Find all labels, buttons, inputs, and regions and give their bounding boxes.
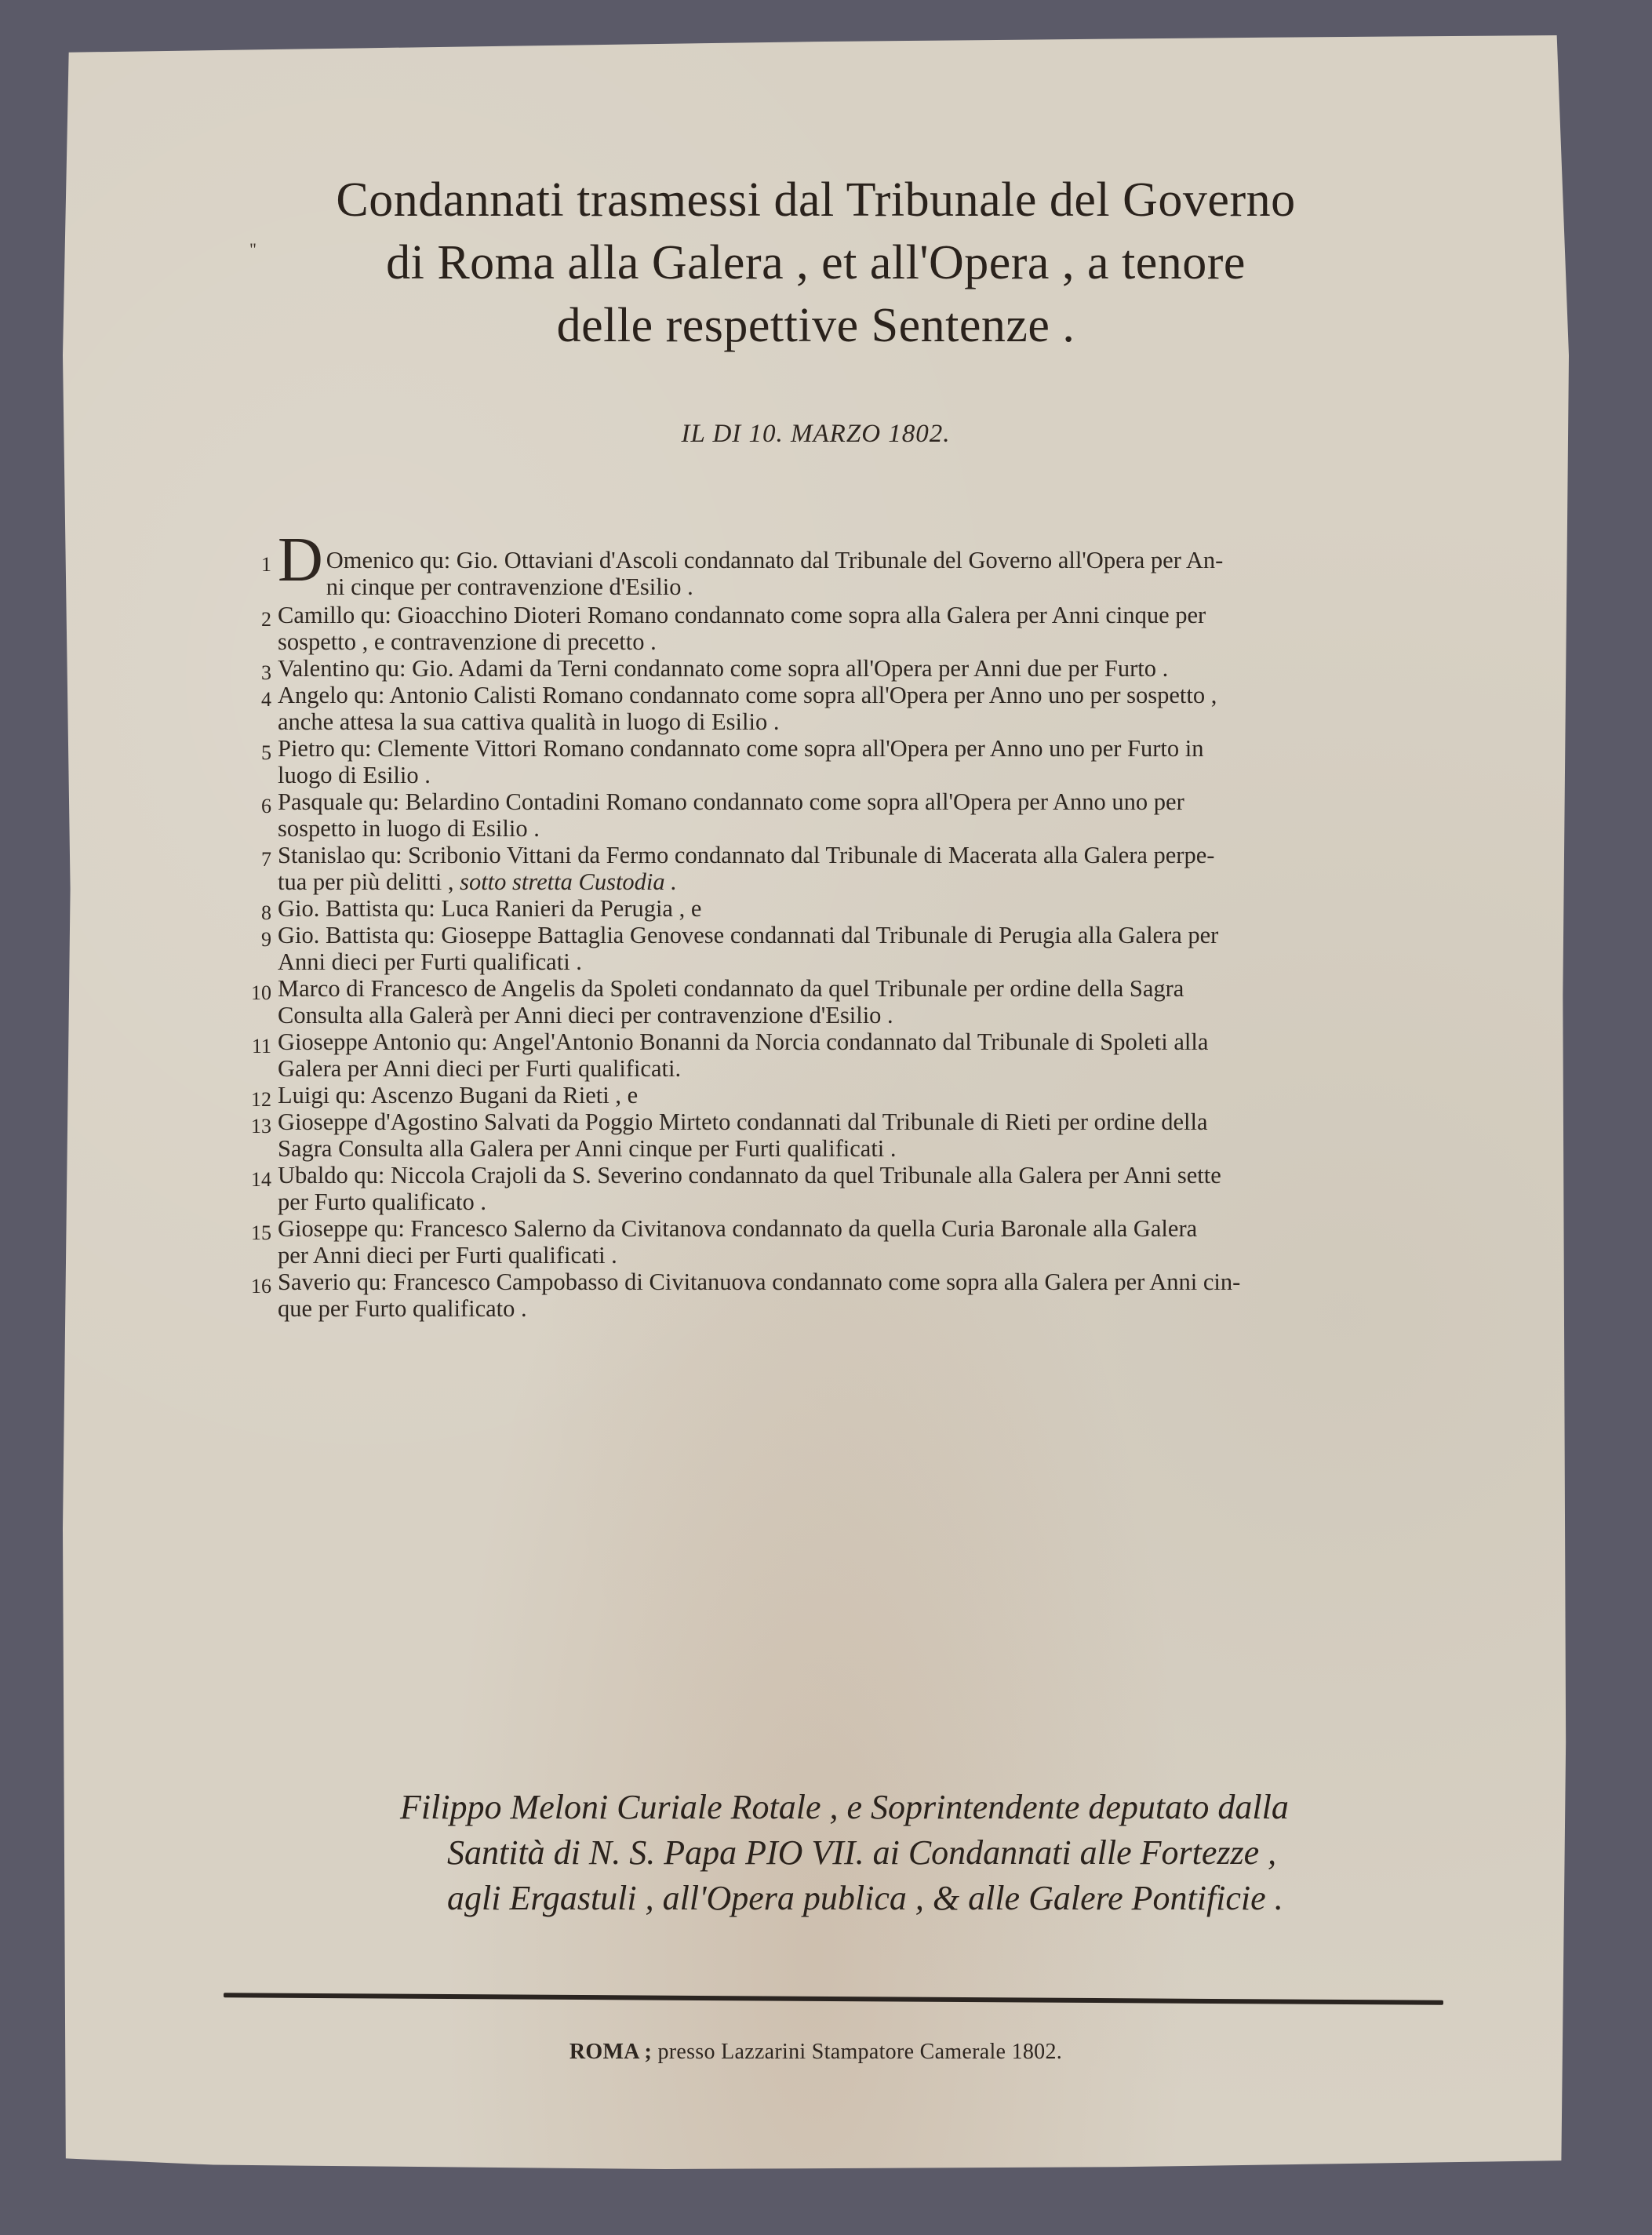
entry-text: Omenico qu: Gio. Ottaviani d'Ascoli cond… (278, 537, 1459, 573)
list-item: 8 Gio. Battista qu: Luca Ranieri da Peru… (235, 895, 1459, 922)
entry-number: 13 (235, 1113, 271, 1140)
imprint-text: presso Lazzarini Stampatore Camerale 180… (657, 2040, 1062, 2064)
entry-text: Pasquale qu: Belardino Contadini Romano … (278, 788, 1459, 815)
entry-number: 4 (235, 686, 271, 713)
entry-text: Luigi qu: Ascenzo Bugani da Rieti , e (278, 1082, 1459, 1108)
list-item: 14 Ubaldo qu: Niccola Crajoli da S. Seve… (235, 1162, 1459, 1215)
entry-text: luogo di Esilio . (278, 762, 1459, 788)
entry-text: Consulta alla Galerà per Anni dieci per … (278, 1002, 1459, 1028)
entry-text: Galera per Anni dieci per Furti qualific… (278, 1055, 1459, 1082)
entry-number: 16 (235, 1273, 271, 1300)
signature-line-3: agli Ergastuli , all'Opera publica , & a… (400, 1876, 1467, 1921)
entry-text: Gioseppe Antonio qu: Angel'Antonio Bonan… (278, 1028, 1459, 1055)
title-line-2: di Roma alla Galera , et all'Opera , a t… (63, 231, 1569, 294)
list-item: 3 Valentino qu: Gio. Adami da Terni cond… (235, 655, 1459, 682)
signature-line-1: Filippo Meloni Curiale Rotale , e Soprin… (400, 1785, 1467, 1830)
list-item: 5 Pietro qu: Clemente Vittori Romano con… (235, 735, 1459, 788)
entry-text: Valentino qu: Gio. Adami da Terni condan… (278, 655, 1459, 682)
list-item: 1 D Omenico qu: Gio. Ottaviani d'Ascoli … (235, 537, 1459, 600)
entry-text: Gio. Battista qu: Gioseppe Battaglia Gen… (278, 922, 1459, 948)
custody-note: sotto stretta Custodia . (460, 868, 677, 895)
list-item: 6 Pasquale qu: Belardino Contadini Roman… (235, 788, 1459, 842)
imprint-city: ROMA ; (569, 2040, 652, 2064)
list-item: 2 Camillo qu: Gioacchino Dioteri Romano … (235, 602, 1459, 655)
printer-imprint: ROMA ; presso Lazzarini Stampatore Camer… (63, 2040, 1569, 2065)
document-title: Condannati trasmessi dal Tribunale del G… (63, 169, 1569, 357)
entry-text: per Furto qualificato . (278, 1188, 1459, 1215)
title-line-3: delle respettive Sentenze . (63, 294, 1569, 357)
list-item: 13 Gioseppe d'Agostino Salvati da Poggio… (235, 1108, 1459, 1162)
entry-number: 9 (235, 926, 271, 953)
entry-text: ni cinque per contravenzione d'Esilio . (278, 573, 1459, 600)
list-item: 11 Gioseppe Antonio qu: Angel'Antonio Bo… (235, 1028, 1459, 1082)
list-item: 7 Stanislao qu: Scribonio Vittani da Fer… (235, 842, 1459, 895)
entry-number: 15 (235, 1220, 271, 1247)
entry-text: Stanislao qu: Scribonio Vittani da Fermo… (278, 842, 1459, 868)
entry-number: 11 (235, 1033, 271, 1060)
entry-number: 10 (235, 980, 271, 1006)
entry-text: anche attesa la sua cattiva qualità in l… (278, 708, 1459, 735)
entry-text: tua per più delitti , (278, 868, 460, 895)
list-item: 10 Marco di Francesco de Angelis da Spol… (235, 975, 1459, 1028)
entry-text: Angelo qu: Antonio Calisti Romano condan… (278, 682, 1459, 708)
entry-text: que per Furto qualificato . (278, 1295, 1459, 1322)
entry-text: per Anni dieci per Furti qualificati . (278, 1242, 1459, 1269)
convict-list: 1 D Omenico qu: Gio. Ottaviani d'Ascoli … (235, 537, 1459, 1322)
entry-text: sospetto in luogo di Esilio . (278, 815, 1459, 842)
entry-text: sospetto , e contravenzione di precetto … (278, 628, 1459, 655)
entry-number: 14 (235, 1167, 271, 1193)
entry-number: 7 (235, 846, 271, 873)
title-line-1: Condannati trasmessi dal Tribunale del G… (63, 169, 1569, 231)
list-item: 4 Angelo qu: Antonio Calisti Romano cond… (235, 682, 1459, 735)
entry-text: Camillo qu: Gioacchino Dioteri Romano co… (278, 602, 1459, 628)
horizontal-rule (224, 1993, 1443, 2004)
entry-number: 2 (235, 606, 271, 633)
entry-text: Marco di Francesco de Angelis da Spoleti… (278, 975, 1459, 1002)
signature-line-2: Santità di N. S. Papa PIO VII. ai Condan… (400, 1830, 1467, 1876)
entry-text: Ubaldo qu: Niccola Crajoli da S. Severin… (278, 1162, 1459, 1188)
entry-text: Sagra Consulta alla Galera per Anni cinq… (278, 1135, 1459, 1162)
entry-number: 1 (235, 551, 271, 578)
drop-cap: D (278, 536, 323, 584)
entry-text: Gioseppe qu: Francesco Salerno da Civita… (278, 1215, 1459, 1242)
list-item: 9 Gio. Battista qu: Gioseppe Battaglia G… (235, 922, 1459, 975)
list-item: 15 Gioseppe qu: Francesco Salerno da Civ… (235, 1215, 1459, 1269)
list-item: 12 Luigi qu: Ascenzo Bugani da Rieti , e (235, 1082, 1459, 1108)
document-sheet: " Condannati trasmessi dal Tribunale del… (63, 35, 1569, 2169)
entry-number: 6 (235, 793, 271, 820)
entry-text: Gioseppe d'Agostino Salvati da Poggio Mi… (278, 1108, 1459, 1135)
list-item: 16 Saverio qu: Francesco Campobasso di C… (235, 1269, 1459, 1322)
entry-number: 5 (235, 740, 271, 766)
entry-text: Gio. Battista qu: Luca Ranieri da Perugi… (278, 895, 1459, 922)
entry-text: Saverio qu: Francesco Campobasso di Civi… (278, 1269, 1459, 1295)
entry-text: Pietro qu: Clemente Vittori Romano conda… (278, 735, 1459, 762)
entry-text: Anni dieci per Furti qualificati . (278, 948, 1459, 975)
date-line: IL DI 10. MARZO 1802. (63, 420, 1569, 449)
signature-block: Filippo Meloni Curiale Rotale , e Soprin… (400, 1785, 1467, 1921)
entry-text-wrap: tua per più delitti , sotto stretta Cust… (278, 868, 1459, 895)
